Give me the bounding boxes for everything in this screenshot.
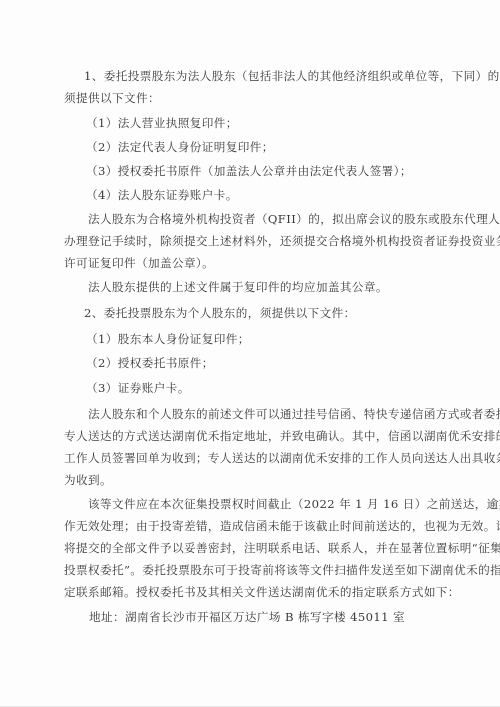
deadline-paragraph-line-2: 作无效处理；由于投寄差错，造成信函未能于该截止时间前送达的，也视为无效。请 [64,519,500,533]
deadline-paragraph-line-1: 该等文件应在本次征集投票权时间截止（2022 年 1 月 16 日）之前送达，逾… [88,497,500,511]
address-line: 地址：湖南省长沙市开福区万达广场 B 栋写字楼 45011 室 [89,610,405,624]
section-1-item-3: （3）授权委托书原件（加盖法人公章并由法定代表人签署）； [86,164,412,178]
deadline-paragraph-line-5: 定联系邮箱。授权委托书及其相关文件送达湖南优禾的指定联系方式如下： [64,585,460,599]
seal-paragraph: 法人股东提供的上述文件属于复印件的均应加盖其公章。 [88,280,388,294]
qfii-paragraph-line-1: 法人股东为合格境外机构投资者（QFII）的，拟出席会议的股东或股东代理人在 [88,212,500,226]
section-2-item-2: （2）授权委托书原件； [86,356,214,370]
delivery-paragraph-line-1: 法人股东和个人股东的前述文件可以通过挂号信函、特快专递信函方式或者委托 [88,407,500,421]
section-1-item-1: （1）法人营业执照复印件； [86,116,238,130]
qfii-paragraph-line-2: 办理登记手续时，除须提交上述材料外，还须提交合格境外机构投资者证券投资业务 [64,234,500,248]
document-page: 1、委托投票股东为法人股东（包括非法人的其他经济组织或单位等，下同）的， 须提供… [0,0,500,707]
section-1-item-2: （2）法定代表人身份证明复印件； [86,140,274,154]
section-2-item-1: （1）股东本人身份证复印件； [86,332,250,346]
delivery-paragraph-line-3: 工作人员签署回单为收到；专人送达的以湖南优禾安排的工作人员向送达人出具收条 [64,451,500,465]
section-1-item-4: （4）法人股东证券账户卡。 [86,188,238,202]
deadline-paragraph-line-4: 投票权委托”。委托投票股东可于投寄前将该等文件扫描件发送至如下湖南优禾的指 [64,563,500,577]
delivery-paragraph-line-4: 为收到。 [64,473,112,487]
qfii-paragraph-line-3: 许可证复印件（加盖公章）。 [64,256,214,270]
delivery-paragraph-line-2: 专人送达的方式送达湖南优禾指定地址，并致电确认。其中，信函以湖南优禾安排的 [64,429,500,443]
deadline-paragraph-line-3: 将提交的全部文件予以妥善密封，注明联系电话、联系人，并在显著位置标明“征集 [64,541,500,555]
section-2-item-3: （3）证券账户卡。 [86,381,190,395]
section-1-heading: 1、委托投票股东为法人股东（包括非法人的其他经济组织或单位等，下同）的， [84,69,500,83]
section-2-heading: 2、委托投票股东为个人股东的，须提供以下文件： [84,306,356,320]
section-1-heading-cont: 须提供以下文件： [64,91,160,105]
